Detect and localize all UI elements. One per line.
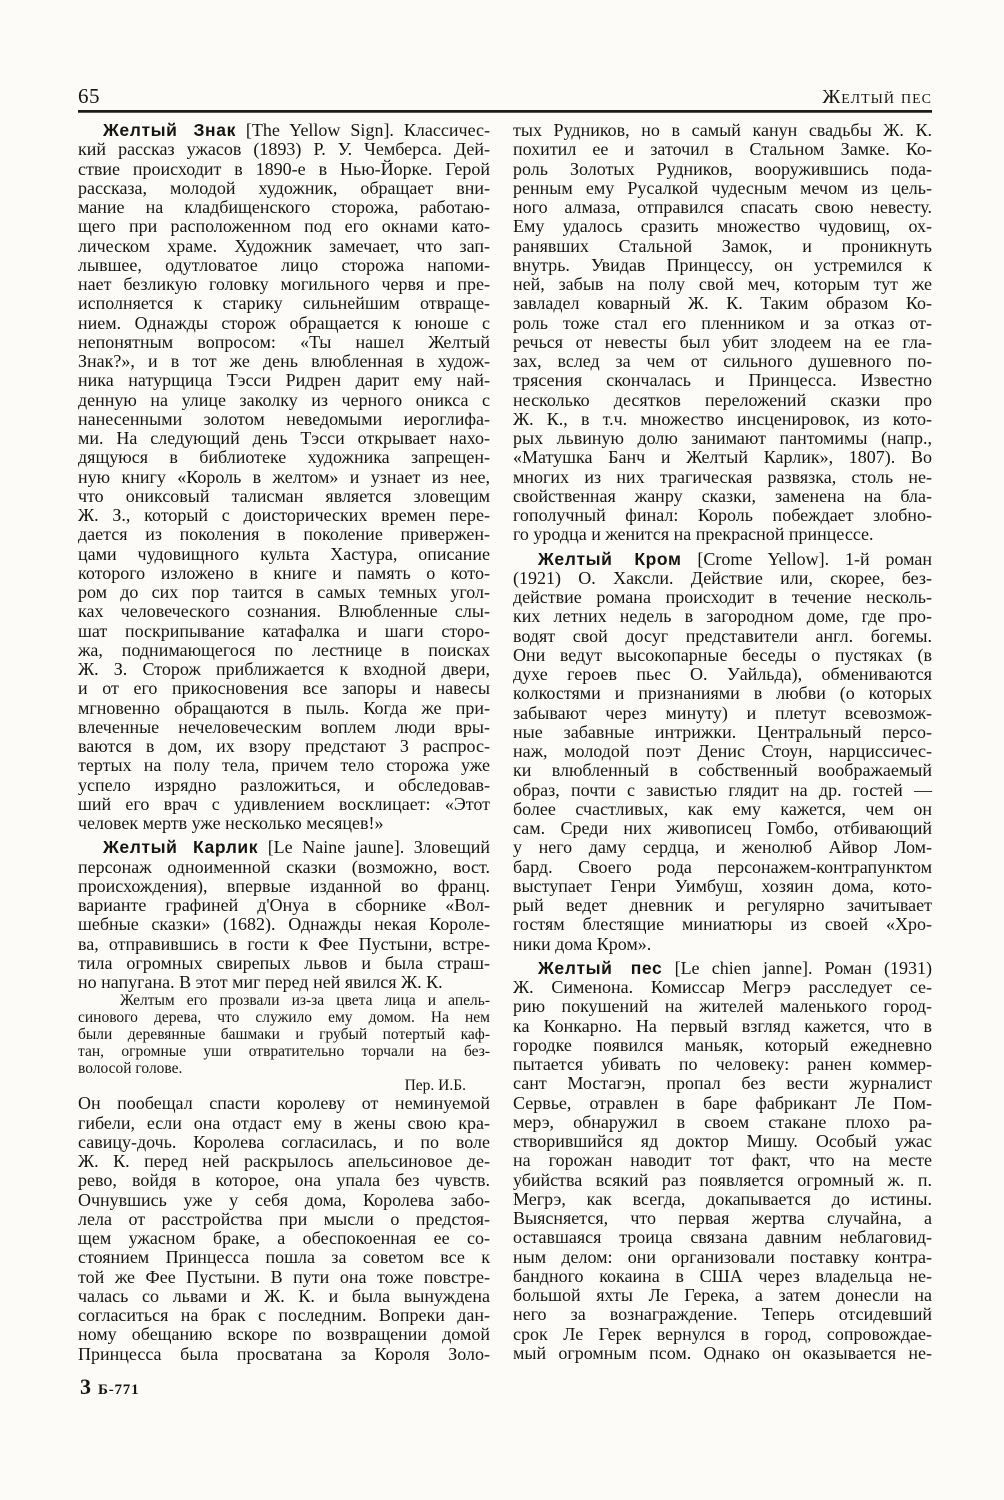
text-line: Принцесса была просватана за Короля Золо… xyxy=(78,1345,490,1364)
text-line: стоянием Принцесса пошла за советом все … xyxy=(78,1248,490,1267)
text-line: Выясняется, что первая жертва случайна, … xyxy=(513,1209,932,1228)
column-left: Желтый Знак [The Yellow Sign]. Классичес… xyxy=(78,121,490,1364)
text-line: Они ведут высокопарные беседы о пустяках… xyxy=(513,646,932,665)
text-line: роль Золотых Рудников, вооружившись пода… xyxy=(513,160,932,179)
text-line: савицу-дочь. Королева согласилась, и по … xyxy=(78,1133,490,1152)
text-line: ва, отправившись в гости к Фее Пустыни, … xyxy=(78,935,490,954)
text-line: у него даму сердца, и женолюб Айвор Лом- xyxy=(513,838,932,857)
text-line: кий рассказ ужасов (1893) Р. У. Чемберса… xyxy=(78,140,490,159)
text-line: тых Рудников, но в самый канун свадьбы Ж… xyxy=(513,121,932,140)
text-line: ного алмаза, отправился спасать свою нев… xyxy=(513,198,932,217)
text-line: тила огромных свирепых львов и была стра… xyxy=(78,954,490,973)
text-line: мый огромным псом. Однако он оказывается… xyxy=(513,1344,932,1363)
text-line: выступает Генри Уимбуш, хозяин дома, кот… xyxy=(513,877,932,896)
text-line: ному обещанию вскоре по возвращении домо… xyxy=(78,1325,490,1344)
text-line: Он пообещал спасти королеву от неминуемо… xyxy=(78,1094,490,1113)
text-line: волосой голове. xyxy=(78,1060,490,1077)
text-line: ваются в дом, их взору предстают 3 распр… xyxy=(78,737,490,756)
text-line: похитил ее и заточил в Стальном Замке. К… xyxy=(513,140,932,159)
text-line: завладел коварный Ж. К. Таким образом Ко… xyxy=(513,294,932,313)
text-line: наж, молодой поэт Денис Стоун, нарциссич… xyxy=(513,742,932,761)
text-line: Мегрэ, как всегда, докапывается до истин… xyxy=(513,1190,932,1209)
text-line: нием. Однажды сторож обращается к юноше … xyxy=(78,314,490,333)
text-line: убийства всякий раз появляется огромный … xyxy=(513,1171,932,1190)
text-line: ках человеческого сознания. Влюбленные с… xyxy=(78,602,490,621)
text-line: синового дерева, что служило ему домом. … xyxy=(78,1009,490,1026)
text-line: жа, поднимающегося по лестнице в поисках xyxy=(78,641,490,660)
text-line: Ж. З., который с доисторических времен п… xyxy=(78,506,490,525)
text-line: Очнувшись уже у себя дома, Королева забо… xyxy=(78,1191,490,1210)
text-line: лическом храме. Художник замечает, что з… xyxy=(78,237,490,256)
text-line: тан, огромные уши отвратительно торчали … xyxy=(78,1043,490,1060)
text-line: колкостями и признаниями в любви (о кото… xyxy=(513,684,932,703)
running-head: 65 Желтый пес xyxy=(78,84,932,109)
column-right: тых Рудников, но в самый канун свадьбы Ж… xyxy=(513,121,932,1364)
text-line: го уродца и женится на прекрасной принце… xyxy=(513,525,932,544)
text-line: ники дома Кром». xyxy=(513,935,932,954)
text-line: гополучный финал: Король побеждает злобн… xyxy=(513,506,932,525)
text-line: были деревянные башмаки и грубый потерты… xyxy=(78,1026,490,1043)
entry-zheltyj-krom: Желтый Кром [Crome Yellow]. 1-й роман(19… xyxy=(513,550,932,954)
page-number: 65 xyxy=(78,84,100,109)
text-line: но напугана. В этот миг перед ней явился… xyxy=(78,973,490,992)
signature-mark: 3 Б-771 xyxy=(80,1374,139,1400)
header-rule xyxy=(78,110,932,113)
signature-code: Б-771 xyxy=(98,1382,139,1399)
text-line: Желтым его прозвали из-за цвета лица и а… xyxy=(78,992,490,1009)
text-line: Ж. К. перед ней раскрылось апельсиновое … xyxy=(78,1152,490,1171)
text-line: Желтый пес [Le chien janne]. Роман (1931… xyxy=(513,959,932,978)
entry-zheltyj-karlik: Желтый Карлик [Le Naine jaune]. Зловещий… xyxy=(78,838,490,992)
entry-zheltyj-znak: Желтый Знак [The Yellow Sign]. Классичес… xyxy=(78,121,490,833)
text-line: Ж. К., в т.ч. множество инсценировок, из… xyxy=(513,410,932,429)
text-line: персонаж одноименной сказки (возможно, в… xyxy=(78,858,490,877)
text-line: рево, войдя в которое, она упала без чув… xyxy=(78,1171,490,1190)
text-line: Желтый Карлик [Le Naine jaune]. Зловещий xyxy=(78,838,490,857)
paragraph-block: Он пообещал спасти королеву от неминуемо… xyxy=(78,1094,490,1364)
text-line: успело изрядно разложиться, и обследовав… xyxy=(78,776,490,795)
text-line: которого изложено в книге и память о кот… xyxy=(78,564,490,583)
text-line: мерэ, обнаружил в своем стакане плохо ра… xyxy=(513,1113,932,1132)
smallprint-block: Желтым его прозвали из-за цвета лица и а… xyxy=(78,992,490,1077)
book-page: 65 Желтый пес Желтый Знак [The Yellow Si… xyxy=(0,0,1004,1500)
text-columns: Желтый Знак [The Yellow Sign]. Классичес… xyxy=(78,121,932,1364)
text-line: гостям блестящие миниатюры из своей «Хро… xyxy=(513,915,932,934)
text-line: рию покушений на жителей маленького горо… xyxy=(513,997,932,1016)
running-title: Желтый пес xyxy=(822,86,932,109)
text-line: ром до сих пор таится в самых темных уго… xyxy=(78,583,490,602)
text-line: ренным ему Русалкой чудесным мечом из це… xyxy=(513,179,932,198)
text-line: ней, забыв на полу свой меч, которым тут… xyxy=(513,275,932,294)
text-line: нает безликую головку могильного червя и… xyxy=(78,275,490,294)
text-line: рассказа, молодой художник, обращает вни… xyxy=(78,179,490,198)
text-line: сам. Среди них живописец Гомбо, отбивающ… xyxy=(513,819,932,838)
text-line: ные забавные интрижки. Центральный персо… xyxy=(513,723,932,742)
text-line: варианте графиней д'Онуа в сборнике «Вол… xyxy=(78,896,490,915)
text-line: Сервье, отравлен в баре фабрикант Ле Пом… xyxy=(513,1094,932,1113)
entry-headword: Желтый Карлик xyxy=(103,837,258,857)
text-line: водят свой досуг представители англ. бог… xyxy=(513,627,932,646)
text-line: щем ужасном браке, а обеспокоенная ее со… xyxy=(78,1229,490,1248)
entry-zheltyj-pes: Желтый пес [Le chien janne]. Роман (1931… xyxy=(513,959,932,1363)
text-line: ную книгу «Король в желтом» и узнает из … xyxy=(78,468,490,487)
text-line: ких летних недель в загородном доме, где… xyxy=(513,607,932,626)
text-line: Пер. И.Б. xyxy=(78,1077,490,1094)
text-line: ший его врач с удивлением восклицает: «Э… xyxy=(78,795,490,814)
text-line: Знак?», и в тот же день влюбленная в худ… xyxy=(78,352,490,371)
text-line: срок Ле Герек вернулся в город, сопровож… xyxy=(513,1325,932,1344)
text-line: «Матушка Банч и Желтый Карлик», 1807). В… xyxy=(513,448,932,467)
text-line: лела от расстройства при мысли о предсто… xyxy=(78,1210,490,1229)
text-line: непонятным вопросом: «Ты нашел Желтый xyxy=(78,333,490,352)
text-line: трясения скончалась и Принцесса. Известн… xyxy=(513,371,932,390)
text-line: ствие происходит в 1890-е в Нью-Йорке. Г… xyxy=(78,160,490,179)
text-line: ми. На следующий день Тэсси открывает на… xyxy=(78,429,490,448)
text-line: шебные сказки» (1682). Однажды некая Кор… xyxy=(78,915,490,934)
text-line: и от его прикосновения все запоры и наве… xyxy=(78,679,490,698)
text-line: многих из них трагическая развязка, стол… xyxy=(513,468,932,487)
text-line: створившийся яд доктор Мишу. Особый ужас xyxy=(513,1132,932,1151)
entry-headword: Желтый пес xyxy=(538,958,662,978)
text-line: Желтый Знак [The Yellow Sign]. Классичес… xyxy=(78,121,490,140)
text-line: шат поскрипывание катафалка и шаги сторо… xyxy=(78,622,490,641)
text-line: происхождения), впервые изданной во фран… xyxy=(78,877,490,896)
text-line: чалась со львами и Ж. К. и была вынужден… xyxy=(78,1287,490,1306)
text-line: дается из поколения в поколение приверже… xyxy=(78,525,490,544)
text-line: тертых на полу тела, причем тело сторожа… xyxy=(78,756,490,775)
entry-headword: Желтый Кром xyxy=(538,549,682,569)
text-line: более счастливых, как ему кажется, чем о… xyxy=(513,800,932,819)
text-line: городке появился маньяк, который ежеднев… xyxy=(513,1036,932,1055)
text-line: свойственная жанру сказки, заменена на б… xyxy=(513,487,932,506)
text-line: денную на улице заколку из черного оникс… xyxy=(78,391,490,410)
text-line: оставшаяся троица связана давним неблаго… xyxy=(513,1228,932,1247)
text-line: ника натурщица Тэсси Ридрен дарит ему на… xyxy=(78,371,490,390)
text-line: бард. Своего рода персонажем-контрапункт… xyxy=(513,858,932,877)
paragraph-block: тых Рудников, но в самый канун свадьбы Ж… xyxy=(513,121,932,545)
text-line: влеченные нечеловеческим воплем люди вры… xyxy=(78,718,490,737)
text-line: мгновенно обращаются в пыль. Когда же пр… xyxy=(78,699,490,718)
text-line: на горожан наводит тот факт, что на мест… xyxy=(513,1151,932,1170)
text-line: образ, почти с завистью глядит на др. го… xyxy=(513,781,932,800)
text-line: нанесенными золотом неведомыми иероглифа… xyxy=(78,410,490,429)
text-line: сант Мостагэн, пропал без вести журналис… xyxy=(513,1074,932,1093)
text-line: пытается убивать по человеку: ранен комм… xyxy=(513,1055,932,1074)
text-line: Ему удалось сразить множество чудовищ, о… xyxy=(513,217,932,236)
text-line: ранявших Стальной Замок, и проникнуть xyxy=(513,237,932,256)
text-line: той же Фее Пустыни. В пути она тоже повс… xyxy=(78,1268,490,1287)
text-line: (1921) О. Хаксли. Действие или, скорее, … xyxy=(513,569,932,588)
text-line: Ж. З. Сторож приближается к входной двер… xyxy=(78,660,490,679)
text-line: рый ведет дневник и регулярно зачитывает xyxy=(513,896,932,915)
text-line: Желтый Кром [Crome Yellow]. 1-й роман xyxy=(513,550,932,569)
text-line: согласиться на брак с последним. Вопреки… xyxy=(78,1306,490,1325)
text-line: что ониксовый талисман является зловещим xyxy=(78,487,490,506)
text-line: зах, вслед за чем от сильного душевного … xyxy=(513,352,932,371)
entry-headword: Желтый Знак xyxy=(103,120,236,140)
text-line: дящуюся в библиотеке художника запрещен- xyxy=(78,448,490,467)
text-line: несколько десятков переложений сказки пр… xyxy=(513,391,932,410)
text-line: гибели, если она отдаст ему в жены свою … xyxy=(78,1114,490,1133)
text-line: действие романа происходит в течение нес… xyxy=(513,588,932,607)
text-line: него за вознаграждение. Теперь отсидевши… xyxy=(513,1305,932,1324)
text-line: ка Конкарно. На первый взгляд кажется, ч… xyxy=(513,1017,932,1036)
signature-number: 3 xyxy=(80,1374,91,1400)
text-line: забывают через минуту) и плетут всевозмо… xyxy=(513,704,932,723)
text-line: лывшее, одутловатое лицо сторожа напоми- xyxy=(78,256,490,275)
text-line: внутрь. Увидав Принцессу, он устремился … xyxy=(513,256,932,275)
text-line: цами чудовищного культа Хастура, описани… xyxy=(78,545,490,564)
text-line: роль тоже стал его пленником и за отказ … xyxy=(513,314,932,333)
text-line: ки влюбленный в собственный воображаемый xyxy=(513,761,932,780)
text-line: исполняется к старику сильнейшим отвраще… xyxy=(78,294,490,313)
text-line: ным делом: они организовали поставку кон… xyxy=(513,1248,932,1267)
text-line: человек мертв уже несколько месяцев!» xyxy=(78,814,490,833)
byline-block: Пер. И.Б. xyxy=(78,1077,490,1094)
text-line: Ж. Сименона. Комиссар Мегрэ расследует с… xyxy=(513,978,932,997)
text-line: речься от невесты был убит злодеем на ее… xyxy=(513,333,932,352)
text-line: рых львиную долю занимают пантомимы (нап… xyxy=(513,429,932,448)
text-line: щего при расположенном под его окнами ка… xyxy=(78,217,490,236)
text-line: духе героев пьес О. Уайльда), обменивают… xyxy=(513,665,932,684)
text-line: мание на кладбищенского сторожа, работаю… xyxy=(78,198,490,217)
text-line: большой яхты Ле Герека, а затем донесли … xyxy=(513,1286,932,1305)
text-line: бандного кокаина в США через владельца н… xyxy=(513,1267,932,1286)
